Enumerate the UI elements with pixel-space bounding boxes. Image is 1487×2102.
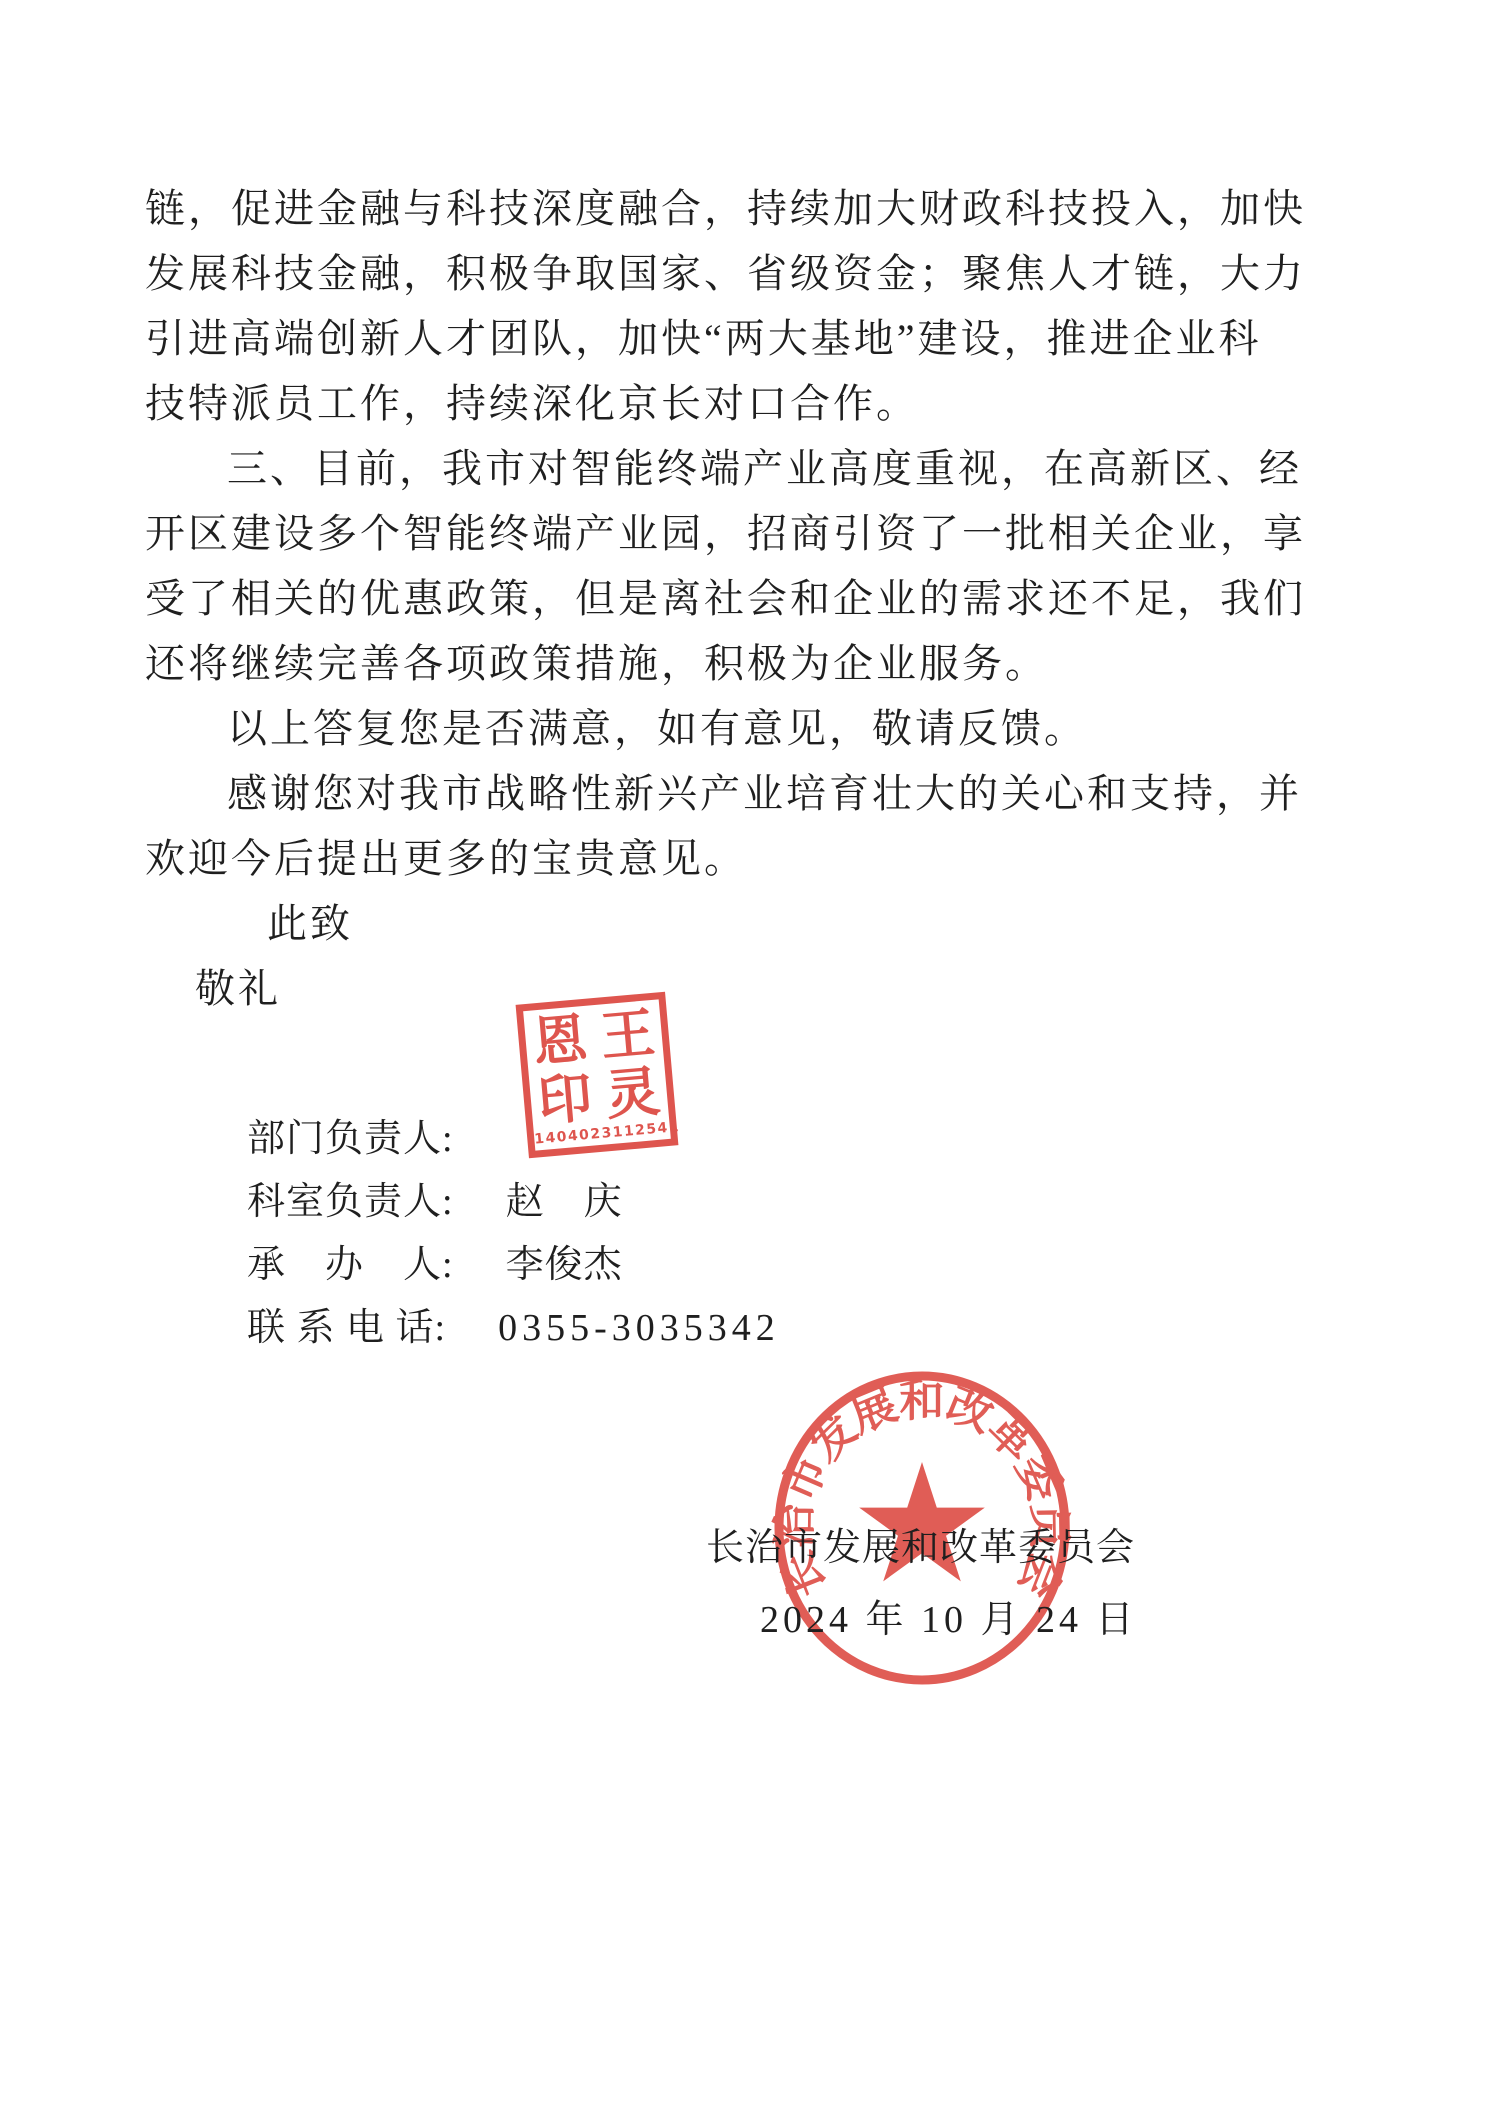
seal-char: 灵	[604, 1064, 663, 1123]
contact-row: 联 系 电 话:0355-3035342	[247, 1297, 780, 1360]
body-line: 链，促进金融与科技深度融合，持续加大财政科技投入，加快	[145, 176, 1325, 241]
personal-name-seal: 恩 王 印 灵 1404023112541	[516, 992, 679, 1158]
contact-label: 承 办 人:	[247, 1244, 454, 1286]
contact-label: 部门负责人:	[247, 1118, 454, 1160]
body-line: 发展科技金融，积极争取国家、省级资金；聚焦人才链，大力	[145, 241, 1325, 306]
contact-block: 部门负责人: 科室负责人:赵 庆 承 办 人:李俊杰 联 系 电 话:0355-…	[247, 1108, 780, 1360]
signature-organization: 长治市发展和改革委员会	[706, 1516, 1135, 1571]
document-page: { "colors": { "ink": "#1f1f1f", "seal_re…	[0, 0, 1487, 2102]
body-line: 开区建设多个智能终端产业园，招商引资了一批相关企业，享	[145, 501, 1325, 566]
contact-value: 赵 庆	[506, 1181, 623, 1223]
body-line: 感谢您对我市战略性新兴产业培育壮大的关心和支持，并	[145, 761, 1325, 826]
contact-row: 科室负责人:赵 庆	[247, 1171, 780, 1234]
body-line: 三、目前，我市对智能终端产业高度重视，在高新区、经	[145, 436, 1325, 501]
closing-cizhi: 此致	[145, 891, 1325, 956]
body-line: 受了相关的优惠政策，但是离社会和企业的需求还不足，我们	[145, 566, 1325, 631]
contact-phone-value: 0355-3035342	[498, 1307, 780, 1349]
body-line: 还将继续完善各项政策措施，积极为企业服务。	[145, 631, 1325, 696]
body-line: 欢迎今后提出更多的宝贵意见。	[145, 826, 1325, 891]
contact-label: 科室负责人:	[247, 1181, 454, 1223]
contact-row: 部门负责人:	[247, 1108, 780, 1171]
contact-value: 李俊杰	[506, 1244, 623, 1286]
personal-seal-characters: 恩 王 印 灵	[523, 999, 669, 1131]
body-line: 以上答复您是否满意，如有意见，敬请反馈。	[145, 696, 1325, 761]
closing-jingli: 敬礼	[145, 956, 1325, 1021]
seal-char: 恩	[531, 1012, 590, 1071]
letter-body: 链，促进金融与科技深度融合，持续加大财政科技投入，加快 发展科技金融，积极争取国…	[145, 176, 1325, 1021]
contact-label: 联 系 电 话:	[247, 1307, 446, 1349]
signature-date: 2024 年 10 月 24 日	[760, 1588, 1138, 1643]
seal-char: 印	[536, 1070, 595, 1129]
body-line: 引进高端创新人才团队，加快“两大基地”建设，推进企业科	[145, 306, 1325, 371]
body-line: 技特派员工作，持续深化京长对口合作。	[145, 371, 1325, 436]
contact-row: 承 办 人:李俊杰	[247, 1234, 780, 1297]
seal-char: 王	[598, 1006, 657, 1065]
